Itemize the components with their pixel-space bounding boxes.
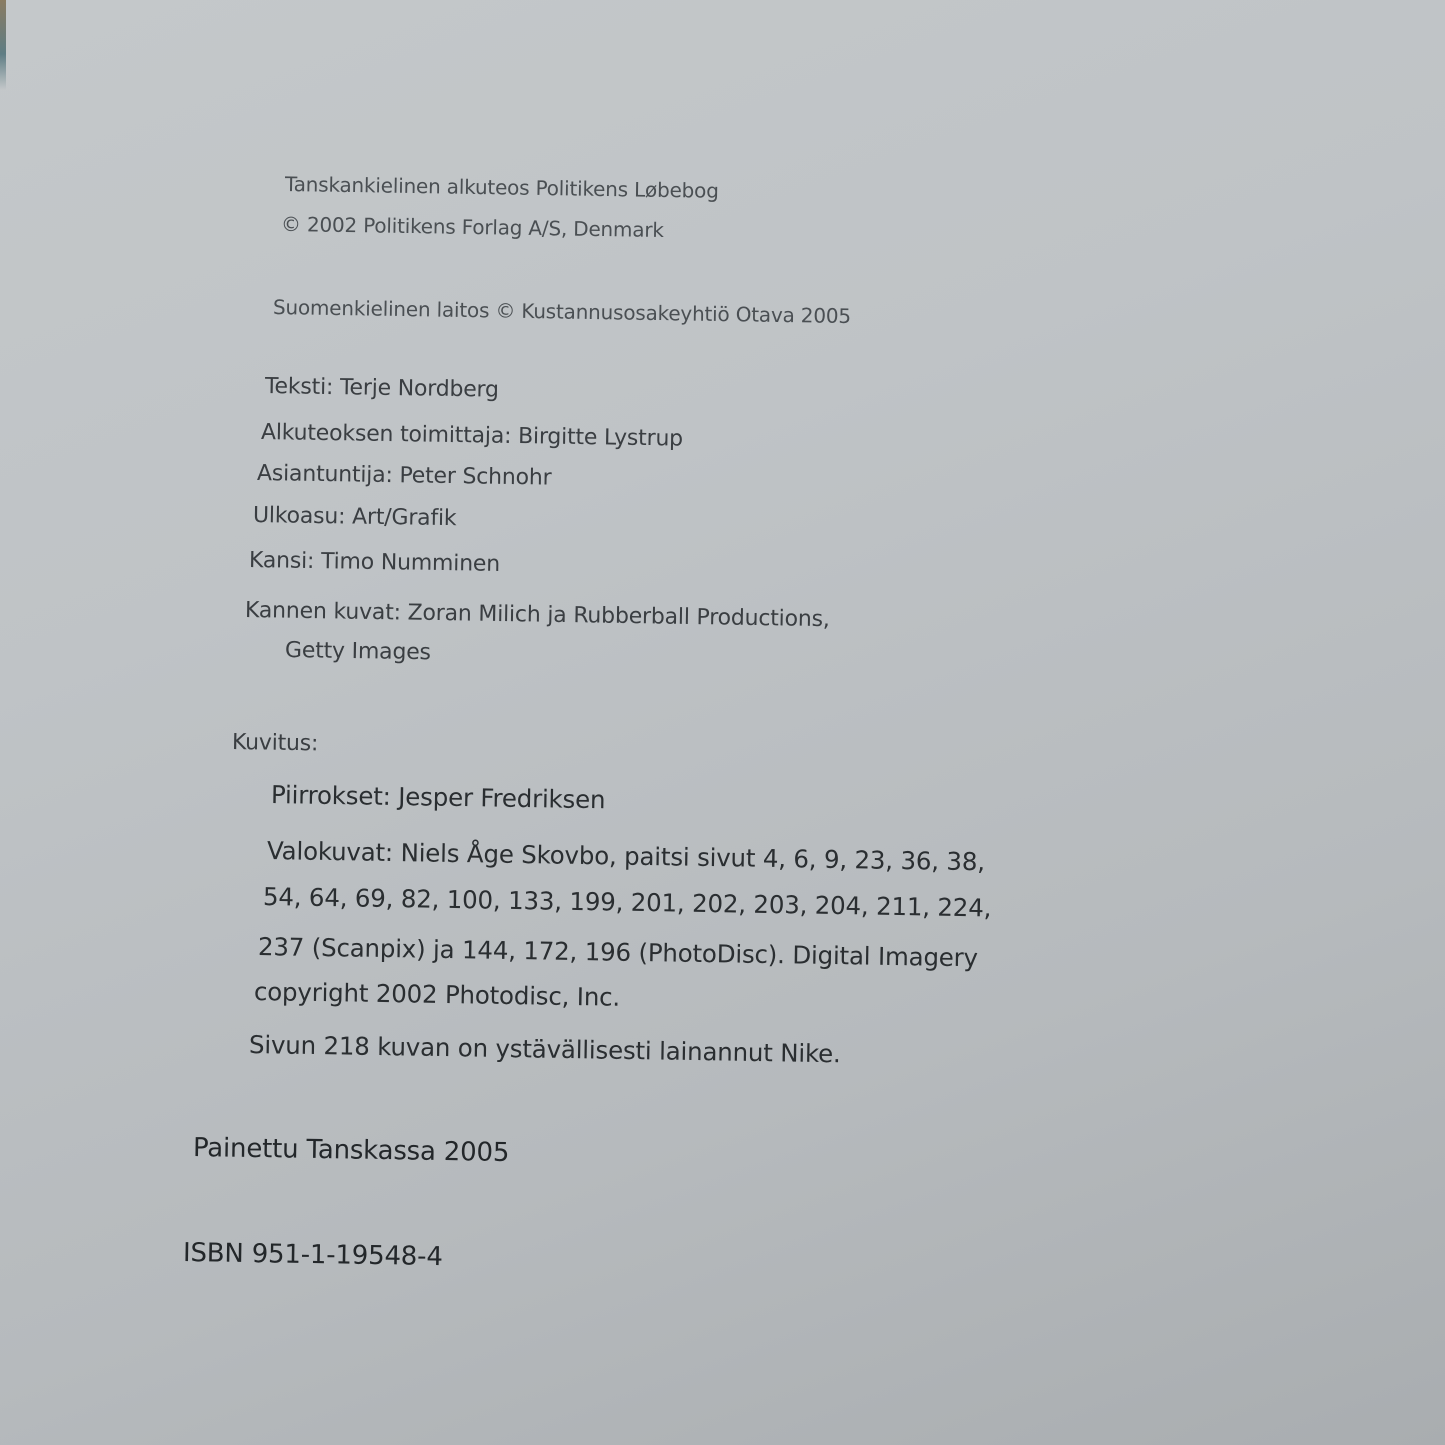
credit-label: Kansi: xyxy=(249,548,315,574)
credit-label: Alkuteoksen toimittaja: xyxy=(261,420,512,449)
copyright-page: Tanskankielinen alkuteos Politikens Løbe… xyxy=(0,0,1445,1445)
illustration-heading: Kuvitus: xyxy=(232,730,319,756)
illustration-photos-line-2: 54, 64, 69, 82, 100, 133, 199, 201, 202,… xyxy=(263,882,992,922)
isbn-line: ISBN 951-1-19548-4 xyxy=(183,1238,443,1272)
credit-cover-images: Kannen kuvat: Zoran Milich ja Rubberball… xyxy=(245,598,830,632)
credit-text: Teksti: Terje Nordberg xyxy=(265,374,499,403)
printed-line: Painettu Tanskassa 2005 xyxy=(193,1133,510,1168)
credit-value: Art/Grafik xyxy=(352,505,457,532)
original-copyright-line: © 2002 Politikens Forlag A/S, Denmark xyxy=(281,212,664,242)
illustration-photos-line-3: 237 (Scanpix) ja 144, 172, 196 (PhotoDis… xyxy=(258,932,978,972)
credit-value: Timo Numminen xyxy=(321,549,500,577)
credit-label: Kannen kuvat: xyxy=(245,598,401,625)
credit-label: Teksti: xyxy=(265,374,334,400)
credit-layout: Ulkoasu: Art/Grafik xyxy=(253,503,457,531)
finnish-edition-line: Suomenkielinen laitos © Kustannusosakeyh… xyxy=(273,295,851,328)
credit-value: Terje Nordberg xyxy=(340,375,499,402)
credit-value: Birgitte Lystrup xyxy=(518,424,683,452)
credit-label: Ulkoasu: xyxy=(253,503,346,529)
credit-label: Asiantuntija: xyxy=(257,461,393,488)
original-title-line: Tanskankielinen alkuteos Politikens Løbe… xyxy=(285,172,719,203)
illustration-photos-line-1: Valokuvat: Niels Åge Skovbo, paitsi sivu… xyxy=(267,836,985,876)
illustration-drawings: Piirrokset: Jesper Fredriksen xyxy=(271,780,606,814)
credit-cover-images-cont: Getty Images xyxy=(285,638,431,665)
credit-cover: Kansi: Timo Numminen xyxy=(249,548,500,577)
credit-expert: Asiantuntija: Peter Schnohr xyxy=(257,461,552,491)
nike-note: Sivun 218 kuvan on ystävällisesti lainan… xyxy=(249,1030,841,1068)
credit-value: Peter Schnohr xyxy=(399,463,551,490)
credit-value: Zoran Milich ja Rubberball Productions, xyxy=(407,601,829,633)
illustration-photos-line-4: copyright 2002 Photodisc, Inc. xyxy=(254,977,620,1012)
credit-editor: Alkuteoksen toimittaja: Birgitte Lystrup xyxy=(261,420,683,452)
